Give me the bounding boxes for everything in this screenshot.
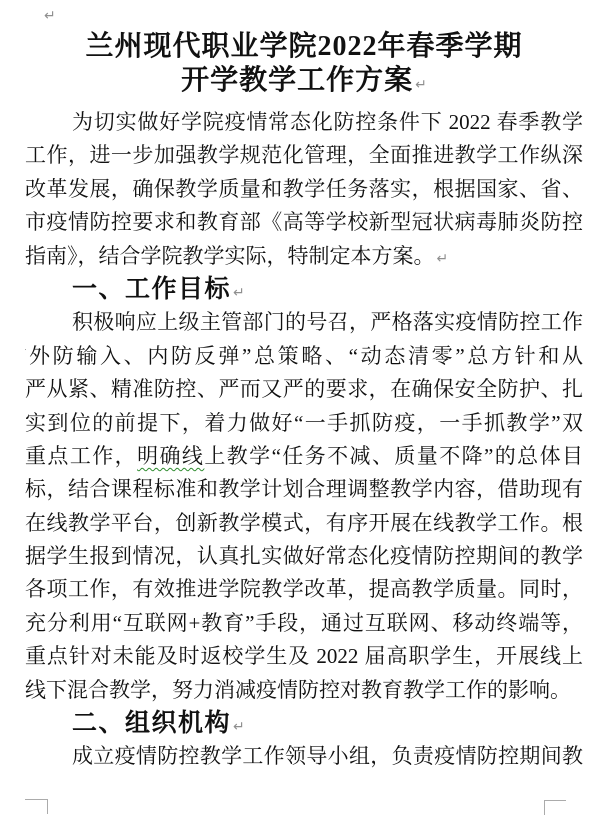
document-title: 兰州现代职业学院2022年春季学期 开学教学工作方案↵ [25, 30, 583, 102]
text-line: 改革发展，确保教学质量和教学任务落实，根据国家、省、 [25, 173, 583, 206]
pilcrow-mark: ↵ [44, 8, 56, 24]
title-text: 开学教学工作方案 [181, 65, 413, 96]
document-title-line1: 兰州现代职业学院2022年春季学期 [25, 30, 583, 64]
text-line: 据学生报到情况，认真扎实做好常态化疫情防控期间的教学 [25, 540, 583, 573]
text-line: 标，结合课程标准和教学计划合理调整教学内容，借助现有 [25, 473, 583, 506]
pilcrow-mark: ↵ [233, 719, 245, 735]
section-heading-2: 二、组织机构↵ [25, 707, 583, 740]
text-line: 线下混合教学，努力消减疫情防控对教育教学工作的影响。↵ [25, 674, 583, 707]
heading-text: 二、组织机构 [72, 710, 231, 737]
line-text: 指南》，结合学院教学实际，特制定本方案。 [25, 244, 435, 268]
document-body: 为切实做好学院疫情常态化防控条件下 2022 春季教学 工作，进一步加强教学规范… [25, 106, 583, 774]
text-boundary-mark-bottom-left [25, 799, 48, 814]
text-line: 成立疫情防控教学工作领导小组，负责疫情防控期间教 [25, 740, 583, 773]
document-page: ↵ 兰州现代职业学院2022年春季学期 开学教学工作方案↵ 为切实做好学院疫情常… [0, 0, 605, 815]
text-line: 充分利用“互联网+教育”手段，通过互联网、移动终端等， [25, 607, 583, 640]
text-line: 为切实做好学院疫情常态化防控条件下 2022 春季教学 [25, 106, 583, 139]
text-line: 重点工作，明确线上教学“任务不减、质量不降”的总体目 [25, 440, 583, 473]
line-text: 重点工作， [25, 444, 137, 468]
heading-text: 一、工作目标 [72, 276, 231, 303]
section-heading-1: 一、工作目标↵ [25, 273, 583, 306]
text-line: 指南》，结合学院教学实际，特制定本方案。↵ [25, 240, 583, 273]
text-line: 市疫情防控要求和教育部《高等学校新型冠状病毒肺炎防控 [25, 206, 583, 239]
text-line: 实到位的前提下，着力做好“一手抓防疫，一手抓教学”双 [25, 407, 583, 440]
document-title-line2: 开学教学工作方案↵ [25, 64, 583, 102]
text-line: 工作，进一步加强教学规范化管理，全面推进教学工作纵深 [25, 139, 583, 172]
text-line: 严从紧、精准防控、严而又严的要求，在确保安全防护、扎 [25, 373, 583, 406]
line-text: 上教学“任务不减、质量不降”的总体目 [204, 444, 583, 468]
grammar-squiggle-text: 明确线 [137, 444, 204, 468]
text-line: “外防输入、内防反弹”总策略、“动态清零”总方针和从 [25, 340, 583, 373]
text-line: 在线教学平台，创新教学模式，有序开展在线教学工作。根 [25, 507, 583, 540]
pilcrow-mark: ↵ [415, 77, 427, 93]
text-line: 积极响应上级主管部门的号召，严格落实疫情防控工作 [25, 306, 583, 339]
text-line: 重点针对未能及时返校学生及 2022 届高职学生，开展线上 [25, 640, 583, 673]
text-line: 各项工作，有效推进学院教学改革，提高教学质量。同时， [25, 573, 583, 606]
text-boundary-mark-bottom-right [544, 800, 566, 815]
line-text: 线下混合教学，努力消减疫情防控对教育教学工作的影响。 [25, 678, 571, 702]
pilcrow-mark: ↵ [437, 251, 449, 267]
pilcrow-mark: ↵ [233, 285, 245, 301]
